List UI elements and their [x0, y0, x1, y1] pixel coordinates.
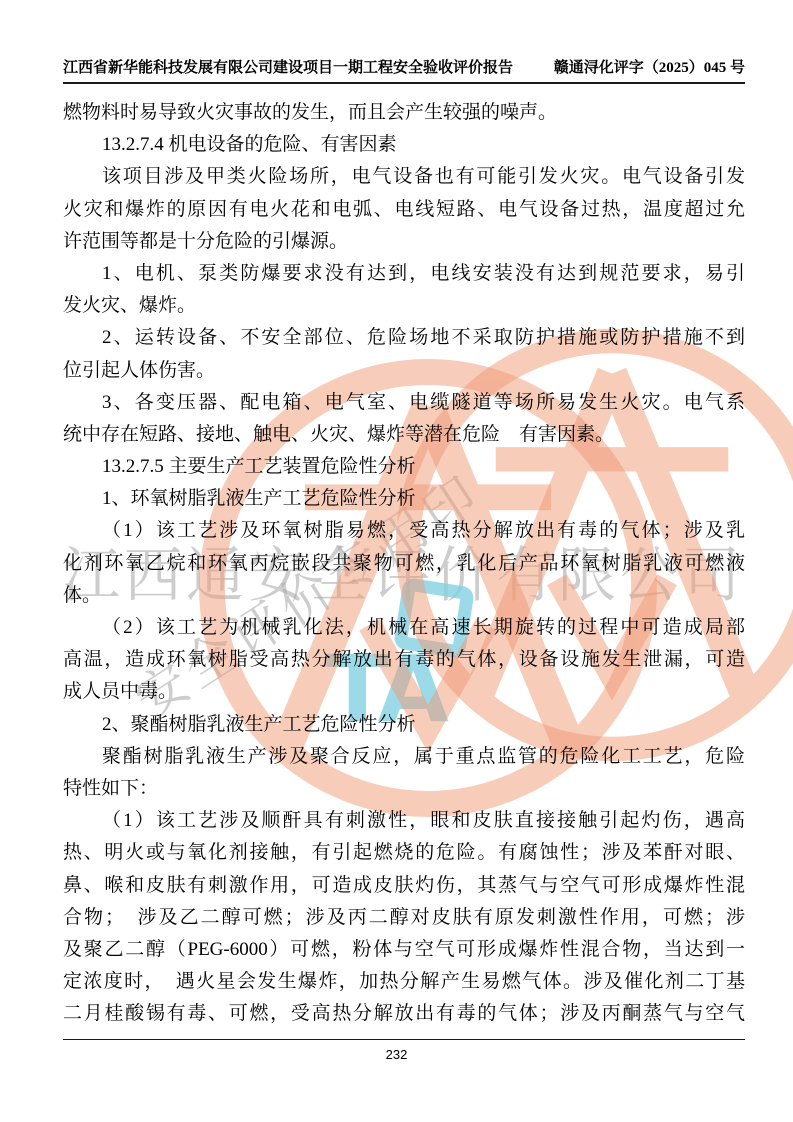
- body-line: 2、聚酯树脂乳液生产工艺危险性分析: [63, 709, 745, 741]
- body-line: 许范围等都是十分危险的引爆源。: [63, 226, 745, 258]
- body-line: （2）该工艺为机械乳化法，机械在高速长期旋转的过程中可造成局部: [63, 612, 745, 644]
- body-line: 定浓度时， 遇火星会发生爆炸，加热分解产生易燃气体。涉及催化剂二丁基: [63, 966, 745, 998]
- body-line: 体。: [63, 580, 745, 612]
- body-line: 及聚乙二醇（PEG-6000）可燃，粉体与空气可形成爆炸性混合物，当达到一: [63, 934, 745, 966]
- body-line: 聚酯树脂乳液生产涉及聚合反应，属于重点监管的危险化工工艺，危险: [63, 741, 745, 773]
- body-line: 成人员中毒。: [63, 676, 745, 708]
- body-line: 合物； 涉及乙二醇可燃；涉及丙二醇对皮肤有原发刺激性作用，可燃；涉: [63, 902, 745, 934]
- body-line: （1）该工艺涉及顺酐具有刺激性，眼和皮肤直接接触引起灼伤，遇高: [63, 805, 745, 837]
- body-line: 化剂环氧乙烷和环氧丙烷嵌段共聚物可燃，乳化后产品环氧树脂乳液可燃液: [63, 548, 745, 580]
- body-line: 13.2.7.4 机电设备的危险、有害因素: [63, 129, 745, 161]
- body-line: 热、明火或与氧化剂接触，有引起燃烧的危险。有腐蚀性；涉及苯酐对眼、: [63, 837, 745, 869]
- document-page: { "header": { "left": "江西省新华能科技发展有限公司建设项…: [0, 0, 793, 1122]
- body-line: 1、电机、泵类防爆要求没有达到，电线安装没有达到规范要求，易引: [63, 258, 745, 290]
- body-line: 13.2.7.5 主要生产工艺装置危险性分析: [63, 451, 745, 483]
- body-text: 燃物料时易导致火灾事故的发生，而且会产生较强的噪声。13.2.7.4 机电设备的…: [63, 97, 745, 1030]
- body-line: 发火灾、爆炸。: [63, 290, 745, 322]
- body-line: 二月桂酸锡有毒、可燃，受高热分解放出有毒的气体；涉及丙酮蒸气与空气: [63, 998, 745, 1030]
- body-line: 火灾和爆炸的原因有电火花和电弧、电线短路、电气设备过热，温度超过允: [63, 194, 745, 226]
- body-line: 特性如下：: [63, 773, 745, 805]
- body-line: 位引起人体伤害。: [63, 355, 745, 387]
- body-line: 该项目涉及甲类火险场所，电气设备也有可能引发火灾。电气设备引发: [63, 161, 745, 193]
- body-line: 燃物料时易导致火灾事故的发生，而且会产生较强的噪声。: [63, 97, 745, 129]
- body-line: 高温，造成环氧树脂受高热分解放出有毒的气体，设备设施发生泄漏，可造: [63, 644, 745, 676]
- body-line: 2、运转设备、不安全部位、危险场地不采取防护措施或防护措施不到: [63, 322, 745, 354]
- body-line: 鼻、喉和皮肤有刺激作用，可造成皮肤灼伤，其蒸气与空气可形成爆炸性混: [63, 870, 745, 902]
- body-line: （1）该工艺涉及环氧树脂易燃，受高热分解放出有毒的气体；涉及乳: [63, 515, 745, 547]
- body-line: 3、各变压器、配电箱、电气室、电缆隧道等场所易发生火灾。电气系: [63, 387, 745, 419]
- body-line: 1、环氧树脂乳液生产工艺危险性分析: [63, 483, 745, 515]
- body-line: 统中存在短路、接地、触电、火灾、爆炸等潜在危险 有害因素。: [63, 419, 745, 451]
